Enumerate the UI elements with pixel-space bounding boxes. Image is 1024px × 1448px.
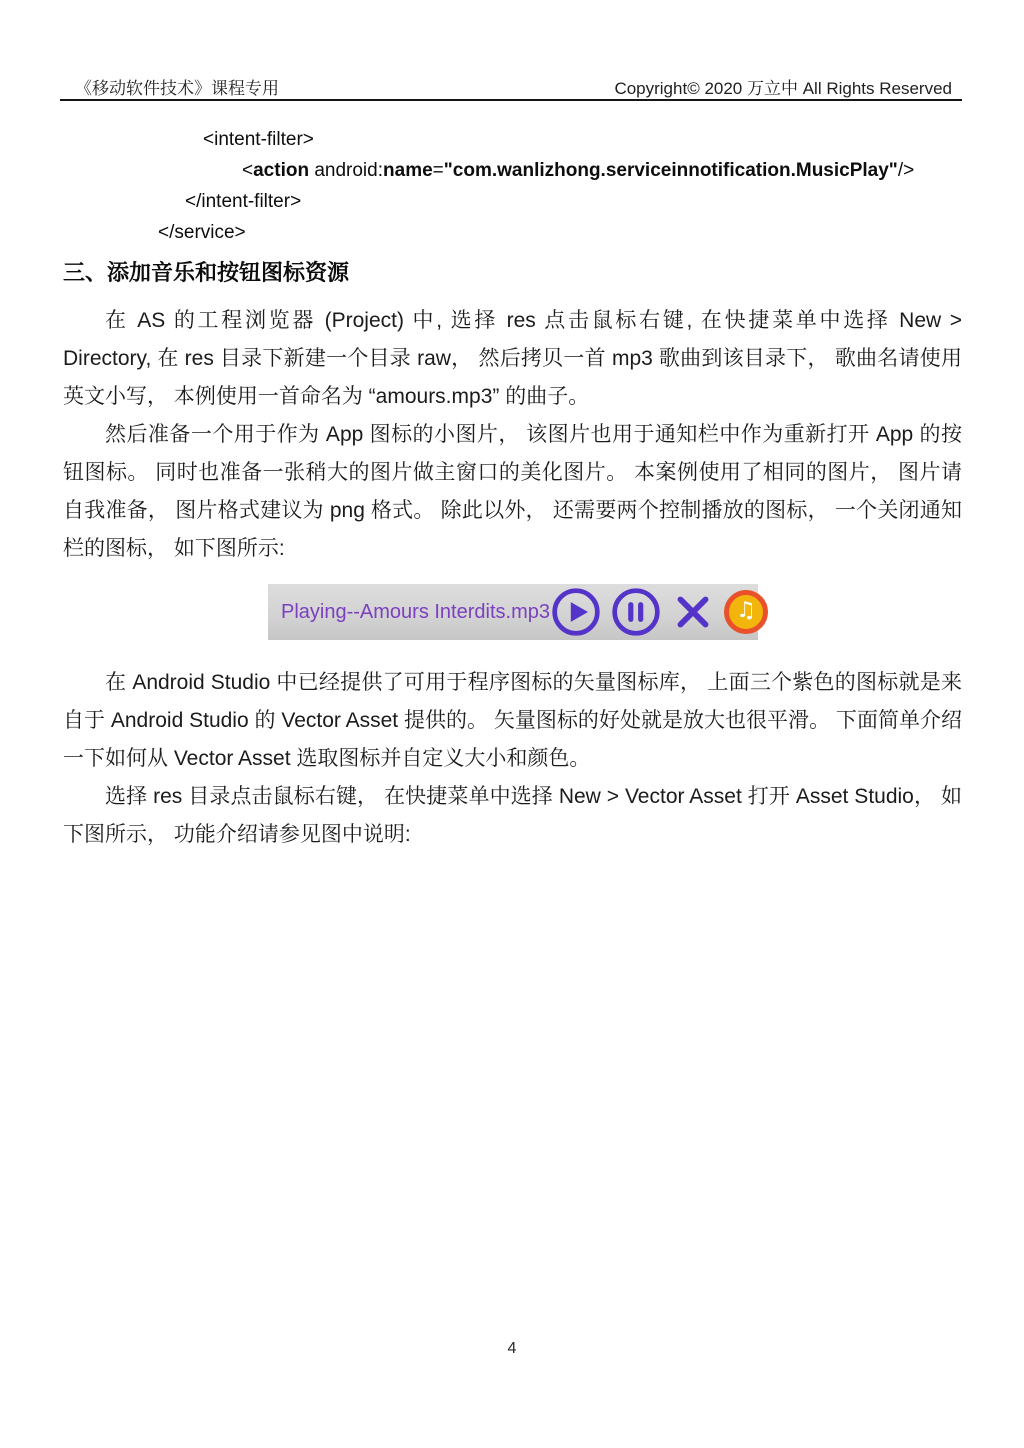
code-block: <intent-filter> <action android:name="co… — [63, 124, 984, 248]
notification-icons: ♫ — [550, 586, 775, 638]
document-page: 《移动软件技术》课程专用 Copyright© 2020 万立中 All Rig… — [0, 0, 1024, 1448]
header-course-label: 《移动软件技术》课程专用 — [75, 74, 279, 99]
notification-title: Playing--Amours Interdits.mp3 — [281, 601, 550, 624]
paragraph-icons-needed: 然后准备一个用于作为 App 图标的小图片， 该图片也用于通知栏中作为重新打开 … — [63, 416, 962, 568]
music-icon: ♫ — [724, 590, 768, 634]
music-note-glyph: ♫ — [736, 600, 756, 622]
code-line: <action android:name="com.wanlizhong.ser… — [63, 155, 984, 186]
page-header: 《移动软件技术》课程专用 Copyright© 2020 万立中 All Rig… — [75, 74, 952, 99]
page-number: 4 — [0, 1340, 1024, 1358]
paragraph-vector-asset-intro: 在 Android Studio 中已经提供了可用于程序图标的矢量图标库， 上面… — [63, 664, 962, 778]
code-line: </intent-filter> — [63, 186, 984, 217]
section-heading: 三、添加音乐和按钮图标资源 — [63, 256, 349, 287]
paragraph-open-asset-studio: 选择 res 目录点击鼠标右键， 在快捷菜单中选择 New > Vector A… — [63, 778, 962, 854]
paragraph-res-raw: 在 AS 的工程浏览器 (Project) 中, 选择 res 点击鼠标右键, … — [63, 302, 962, 416]
header-copyright: Copyright© 2020 万立中 All Rights Reserved — [614, 74, 952, 99]
notification-bar-figure: Playing--Amours Interdits.mp3 ♫ — [268, 584, 758, 640]
close-icon — [670, 589, 716, 635]
code-line: <intent-filter> — [63, 124, 984, 155]
play-icon — [550, 586, 602, 638]
pause-icon — [610, 586, 662, 638]
code-line: </service> — [63, 217, 984, 248]
header-divider — [60, 99, 962, 101]
